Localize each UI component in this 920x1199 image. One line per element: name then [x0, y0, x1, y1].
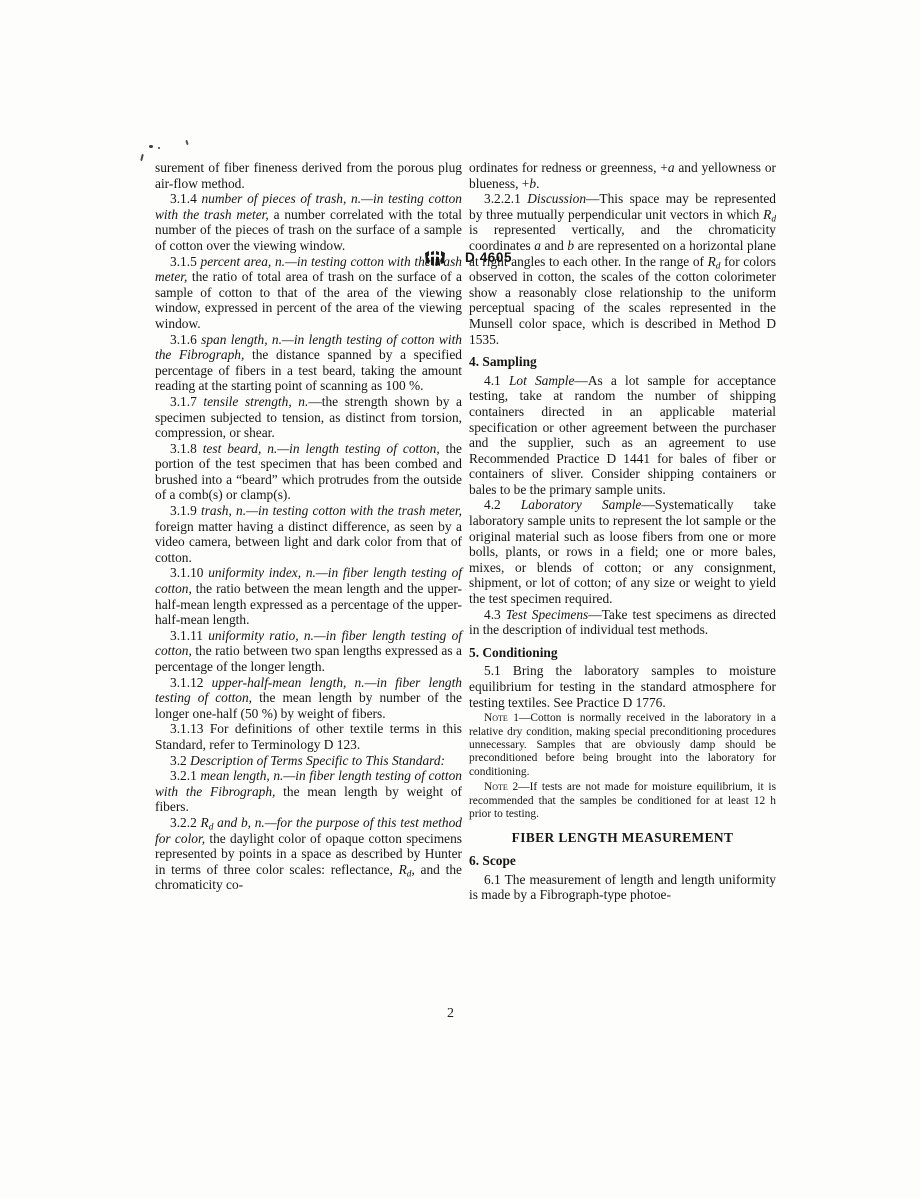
para-3-1-11: 3.1.11 uniformity ratio, n.—in fiber len… [155, 628, 462, 675]
heading-4-sampling: 4. Sampling [469, 354, 776, 370]
para-3-1-7: 3.1.7 tensile strength, n.—the strength … [155, 394, 462, 441]
para-4-3: 4.3 Test Specimens—Take test specimens a… [469, 607, 776, 638]
para-3-1-13: 3.1.13 For definitions of other textile … [155, 721, 462, 752]
heading-6-scope: 6. Scope [469, 853, 776, 869]
page-number: 2 [447, 1006, 454, 1017]
para-4-2: 4.2 Laboratory Sample—Systematically tak… [469, 497, 776, 606]
para-3-1-10: 3.1.10 uniformity index, n.—in fiber len… [155, 565, 462, 627]
para-3-1-9: 3.1.9 trash, n.—in testing cotton with t… [155, 503, 462, 565]
heading-5-conditioning: 5. Conditioning [469, 645, 776, 661]
page-header: D 4605 [0, 124, 920, 146]
right-column: ordinates for redness or greenness, +a a… [469, 160, 776, 903]
para-continuation-right: ordinates for redness or greenness, +a a… [469, 160, 776, 191]
para-5-1: 5.1 Bring the laboratory samples to mois… [469, 663, 776, 710]
para-3-1-12: 3.1.12 upper-half-mean length, n.—in fib… [155, 675, 462, 722]
para-3-1-4: 3.1.4 number of pieces of trash, n.—in t… [155, 191, 462, 253]
para-3-1-6: 3.1.6 span length, n.—in length testing … [155, 332, 462, 394]
scan-artifact [140, 154, 144, 161]
para-3-2: 3.2 Description of Terms Specific to Thi… [155, 753, 462, 769]
document-page: D 4605 surement of fiber fineness derive… [0, 0, 920, 1199]
para-3-2-2: 3.2.2 Rd and b, n.—for the purpose of th… [155, 815, 462, 893]
scan-artifact [158, 147, 160, 149]
heading-fiber-length-measurement: FIBER LENGTH MEASUREMENT [469, 830, 776, 846]
para-continuation-left: surement of fiber fineness derived from … [155, 160, 462, 191]
note-2: Note 2—If tests are not made for moistur… [469, 781, 776, 821]
para-3-2-2-1: 3.2.2.1 Discussion—This space may be rep… [469, 191, 776, 347]
para-3-1-5: 3.1.5 percent area, n.—in testing cotton… [155, 254, 462, 332]
para-6-1: 6.1 The measurement of length and length… [469, 872, 776, 903]
para-4-1: 4.1 Lot Sample—As a lot sample for accep… [469, 373, 776, 498]
left-column: surement of fiber fineness derived from … [155, 160, 462, 893]
para-3-2-1: 3.2.1 mean length, n.—in fiber length te… [155, 768, 462, 815]
scan-artifact [149, 145, 153, 148]
note-1: Note 1—Cotton is normally received in th… [469, 712, 776, 779]
para-3-1-8: 3.1.8 test beard, n.—in length testing o… [155, 441, 462, 503]
